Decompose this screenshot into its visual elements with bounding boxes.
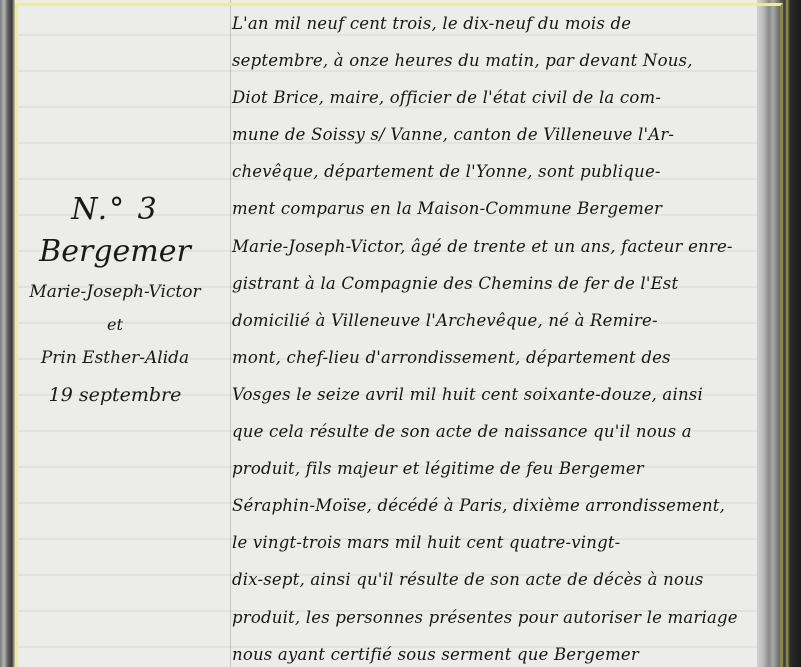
body-line: Séraphin-Moïse, décédé à Paris, dixième …	[232, 487, 757, 524]
conjunction: et	[0, 310, 230, 340]
body-line: gistrant à la Compagnie des Chemins de f…	[232, 265, 757, 302]
body-line: septembre, à onze heures du matin, par d…	[232, 42, 757, 79]
body-line: mont, chef-lieu d'arrondissement, départ…	[232, 339, 757, 376]
body-line: ment comparus en la Maison-Commune Berge…	[232, 190, 757, 227]
body-line: Diot Brice, maire, officier de l'état ci…	[232, 79, 757, 116]
body-line: que cela résulte de son acte de naissanc…	[232, 413, 757, 450]
book-binding	[757, 0, 801, 667]
groom-given-names: Marie-Joseph-Victor	[0, 274, 230, 310]
body-line: produit, fils majeur et légitime de feu …	[232, 450, 757, 487]
body-line: domicilié à Villeneuve l'Archevêque, né …	[232, 302, 757, 339]
bride-names: Prin Esther-Alida	[0, 340, 230, 376]
act-date: 19 septembre	[0, 376, 230, 414]
margin-annotation: N.° 3 Bergemer Marie-Joseph-Victor et Pr…	[0, 190, 230, 414]
body-line: Marie-Joseph-Victor, âgé de trente et un…	[232, 228, 757, 265]
body-line: mune de Soissy s/ Vanne, canton de Ville…	[232, 116, 757, 153]
margin-rule	[230, 0, 231, 667]
body-line: dix-sept, ainsi qu'il résulte de son act…	[232, 561, 757, 598]
act-body: L'an mil neuf cent trois, le dix-neuf du…	[232, 5, 757, 667]
body-line: nous ayant certifié sous serment que Ber…	[232, 636, 757, 667]
act-number: N.° 3	[0, 190, 230, 230]
body-line: produit, les personnes présentes pour au…	[232, 599, 757, 636]
body-line: Vosges le seize avril mil huit cent soix…	[232, 376, 757, 413]
body-line: chevêque, département de l'Yonne, sont p…	[232, 153, 757, 190]
groom-surname: Bergemer	[0, 230, 230, 274]
body-line: L'an mil neuf cent trois, le dix-neuf du…	[232, 5, 757, 42]
body-line: le vingt-trois mars mil huit cent quatre…	[232, 524, 757, 561]
